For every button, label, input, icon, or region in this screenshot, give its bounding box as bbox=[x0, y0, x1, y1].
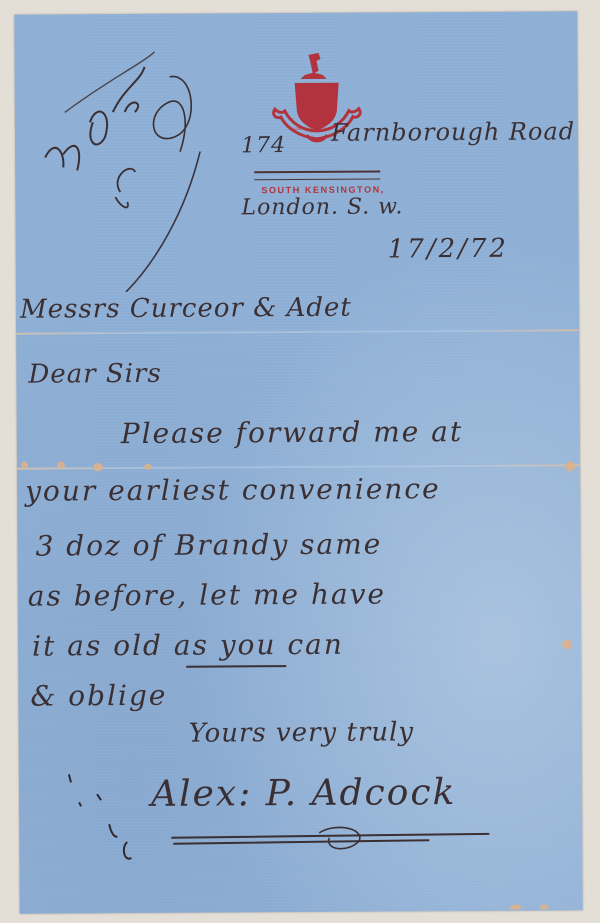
underline-old bbox=[186, 665, 286, 668]
stain bbox=[565, 461, 575, 471]
address-number: 174 bbox=[241, 133, 286, 158]
body-line-1: Please forward me at bbox=[121, 415, 464, 450]
letter-date: 17/2/72 bbox=[388, 234, 509, 265]
fold-line-top bbox=[16, 329, 579, 334]
struck-printed-address bbox=[254, 170, 380, 180]
letter-paper: Wole S. D CUM VIRTUTE 174 Farnborough Ro… bbox=[14, 11, 582, 913]
ink-marks bbox=[59, 754, 150, 865]
body-line-3: 3 doz of Brandy same bbox=[35, 527, 382, 562]
stain bbox=[57, 461, 65, 468]
body-line-5: it as old as you can bbox=[32, 628, 344, 663]
signature: Alex: P. Adcock bbox=[151, 772, 457, 815]
crest-motto: CUM VIRTUTE bbox=[290, 126, 328, 131]
stain bbox=[510, 905, 522, 910]
addressee: Messrs Curceor & Adet bbox=[20, 293, 352, 325]
margin-annotation-scribble bbox=[34, 42, 216, 293]
stain bbox=[21, 462, 28, 469]
address-street: Farnborough Road bbox=[331, 117, 575, 146]
body-line-4: as before, let me have bbox=[28, 577, 386, 612]
closing: Yours very truly bbox=[189, 717, 415, 748]
stain bbox=[540, 904, 549, 909]
body-line-2: your earliest convenience bbox=[25, 472, 441, 508]
address-city: London. S. w. bbox=[241, 194, 403, 220]
salutation: Dear Sirs bbox=[28, 359, 162, 390]
stain bbox=[562, 639, 572, 649]
stain bbox=[93, 463, 103, 471]
signature-flourish bbox=[169, 822, 529, 864]
body-line-6: & oblige bbox=[30, 679, 167, 713]
stain bbox=[144, 464, 152, 470]
